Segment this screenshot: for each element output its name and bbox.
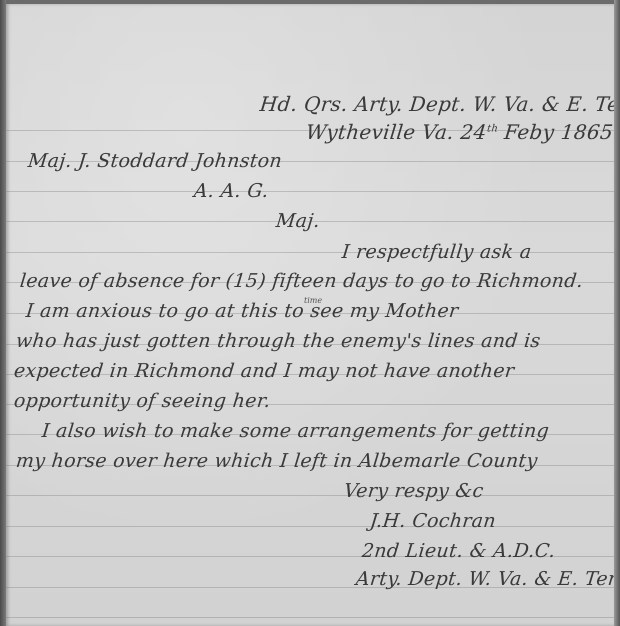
header-place: Wytheville Va. (305, 120, 455, 144)
addressee-title: A. A. G. (193, 180, 270, 202)
letter-header-line1: Hd. Qrs. Arty. Dept. W. Va. & E. Tenn. (259, 92, 620, 116)
header-day-suffix: th (486, 123, 498, 134)
scanned-page: Hd. Qrs. Arty. Dept. W. Va. & E. Tenn. W… (0, 0, 620, 626)
header-month-year: Feby 1865 (503, 120, 614, 144)
complimentary-close: Very respy &c (343, 480, 485, 502)
letter-header-line2: Wytheville Va. 24th Feby 1865 (305, 120, 615, 144)
ruled-line (6, 191, 614, 192)
signer-rank: 2nd Lieut. & A.D.C. (361, 540, 557, 562)
body-line-4: who has just gotten through the enemy's … (15, 330, 542, 352)
ruled-line (6, 526, 614, 527)
body-line-1: I respectfully ask a (341, 241, 533, 263)
body-line-8: my horse over here which I left in Albem… (15, 450, 539, 472)
ruled-line (6, 617, 614, 618)
signer-unit: Arty. Dept. W. Va. & E. Tenn. (355, 568, 620, 590)
ruled-line (6, 495, 614, 496)
signature: J.H. Cochran (369, 510, 497, 532)
body-line-7: I also wish to make some arrangements fo… (41, 420, 550, 442)
body-line-5: expected in Richmond and I may not have … (13, 360, 516, 382)
body-line-6: opportunity of seeing her. (13, 390, 272, 412)
addressee-name: Maj. J. Stoddard Johnston (27, 150, 283, 172)
header-day: 24 (459, 120, 488, 144)
salutation: Maj. (275, 210, 321, 232)
paper-sheet: Hd. Qrs. Arty. Dept. W. Va. & E. Tenn. W… (6, 4, 614, 626)
scan-right-edge (614, 0, 620, 626)
body-line-3: I am anxious to go at this to see my Mot… (25, 300, 460, 322)
body-line-2: leave of absence for (15) fifteen days t… (19, 270, 584, 292)
